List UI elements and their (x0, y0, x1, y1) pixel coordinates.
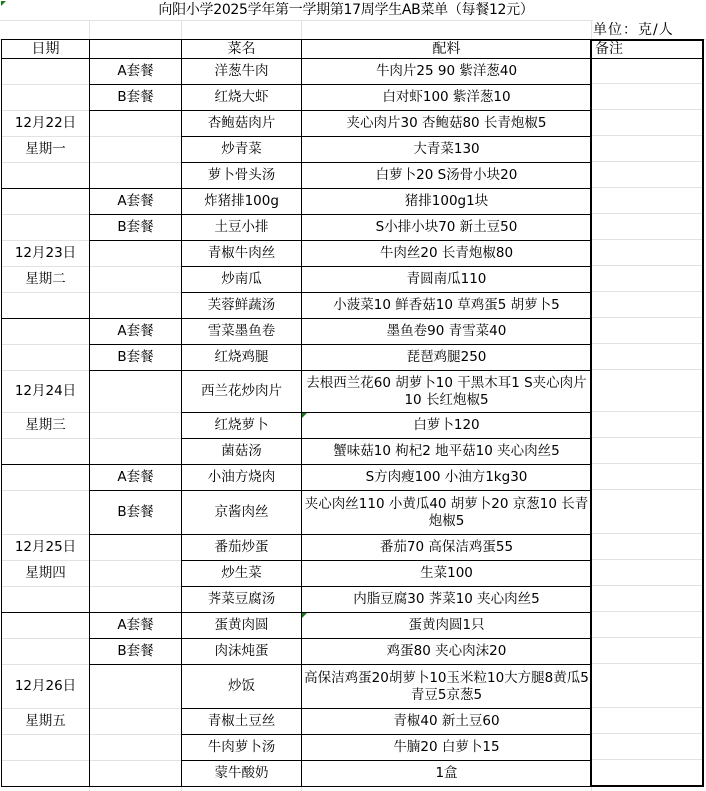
ingredients-cell: 白对虾100 紫洋葱10 (301, 84, 592, 111)
dish-cell: 青椒土豆丝 (181, 708, 302, 735)
gridline (2, 586, 89, 587)
remark-column (590, 39, 704, 787)
dish-cell: 红烧萝卜 (181, 412, 302, 439)
ingredients-cell: 蛋黄肉圆1只 (301, 612, 592, 639)
menu-title: 向阳小学2025学年第一学期第17周学生AB菜单（每餐12元） (0, 0, 706, 20)
gridline (2, 84, 89, 85)
gridline (2, 438, 89, 439)
gridline (2, 266, 89, 267)
gridline (2, 534, 89, 535)
gridline (90, 734, 181, 735)
dish-cell-text: 炒南瓜 (221, 271, 262, 288)
gridline (90, 136, 181, 137)
dish-cell: 荠菜豆腐汤 (181, 586, 302, 613)
gridline (2, 664, 89, 665)
gridline (2, 110, 89, 111)
ingredients-cell: 小菠菜10 鲜香菇10 草鸡蛋5 胡萝卜5 (301, 292, 592, 319)
dish-cell-text: 芙蓉鲜蔬汤 (208, 297, 276, 314)
gridline (90, 760, 181, 761)
package-cell-text: B套餐 (117, 349, 153, 366)
dish-cell-text: 京酱肉丝 (215, 504, 269, 521)
gridline (592, 109, 702, 110)
ingredients-cell: 琵琶鸡腿250 (301, 344, 592, 371)
gridline (2, 760, 89, 761)
gridline (592, 733, 702, 734)
ingredients-cell-text: 青圆南瓜110 (407, 271, 487, 288)
weekday-text: 星期二 (2, 271, 89, 288)
ingredients-cell-text: 墨鱼卷90 青雪菜40 (387, 323, 507, 340)
gridline (592, 343, 702, 344)
ingredients-cell: S小排小块70 新土豆50 (301, 214, 592, 241)
header-ingredients-text: 配料 (433, 41, 461, 58)
dish-cell: 土豆小排 (181, 214, 302, 241)
package-cell-text: B套餐 (117, 219, 153, 236)
dish-cell-text: 牛肉萝卜汤 (208, 739, 276, 756)
date-text: 12月26日 (2, 678, 89, 695)
dish-cell: 杏鲍菇肉片 (181, 110, 302, 137)
header-date-text: 日期 (32, 41, 60, 58)
gridline (592, 369, 702, 370)
gridline (90, 292, 181, 293)
ingredients-cell: 1盒 (301, 760, 592, 787)
dish-cell-text: 青椒牛肉丝 (208, 245, 276, 262)
dish-cell: 肉沫炖蛋 (181, 638, 302, 665)
date-text: 12月25日 (2, 539, 89, 556)
dish-cell: 炒南瓜 (181, 266, 302, 293)
gridline (2, 162, 89, 163)
ingredients-cell-text: 小菠菜10 鲜香菇10 草鸡蛋5 胡萝卜5 (333, 297, 559, 314)
gridline (2, 344, 89, 345)
package-cell: A套餐 (89, 318, 182, 345)
dish-cell-text: 洋葱牛肉 (215, 63, 269, 80)
dish-cell-text: 红烧大虾 (215, 89, 269, 106)
ingredients-cell-text: 生菜100 (420, 565, 473, 582)
gridline (592, 663, 702, 664)
gridline (592, 83, 702, 84)
gridline (592, 437, 702, 438)
ingredients-cell-text: 牛肉丝20 长青炮椒80 (380, 245, 513, 262)
package-cell: B套餐 (89, 84, 182, 111)
package-cell-empty (89, 534, 182, 613)
gridline (592, 611, 702, 612)
gridline (592, 585, 702, 586)
date-cell: 12月23日星期二 (1, 188, 90, 319)
weekday-text: 星期四 (2, 565, 89, 582)
gridline (592, 489, 702, 490)
gridline (592, 463, 702, 464)
package-cell-text: A套餐 (117, 193, 153, 210)
date-cell: 12月22日星期一 (1, 58, 90, 189)
gridline (592, 411, 702, 412)
header-dish: 菜名 (181, 39, 302, 59)
dish-cell-text: 蛋黄肉圆 (215, 617, 269, 634)
dish-cell: 青椒牛肉丝 (181, 240, 302, 267)
ingredients-cell: 蟹味菇10 枸杞2 地平菇10 夹心肉丝5 (301, 438, 592, 465)
date-text: 12月24日 (2, 383, 89, 400)
gridline (2, 734, 89, 735)
cell-comment-marker-icon (1, 1, 6, 6)
ingredients-cell-text: 牛肉片25 90 紫洋葱40 (376, 63, 517, 80)
date-text: 12月23日 (2, 245, 89, 262)
ingredients-cell-text: 1盒 (435, 765, 457, 782)
weekday-text: 星期三 (2, 417, 89, 434)
header-remark: 备注 (590, 39, 704, 59)
package-cell-empty (89, 370, 182, 465)
cell-comment-marker-icon (302, 613, 307, 618)
ingredients-cell: 去根西兰花60 胡萝卜10 干黑木耳1 S夹心肉片10 长红炮椒5 (301, 370, 592, 413)
package-cell: A套餐 (89, 188, 182, 215)
ingredients-cell: 生菜100 (301, 560, 592, 587)
gridline (90, 438, 181, 439)
dish-cell: 洋葱牛肉 (181, 58, 302, 85)
dish-cell-text: 蒙牛酸奶 (215, 765, 269, 782)
gridline (2, 490, 89, 491)
ingredients-cell-text: S方肉瘦100 小油方1kg30 (366, 469, 528, 486)
ingredients-cell: 番茄70 高保洁鸡蛋55 (301, 534, 592, 561)
gridline (90, 708, 181, 709)
gridline (592, 135, 702, 136)
dish-cell-text: 西兰花炒肉片 (201, 383, 282, 400)
header-ingredients: 配料 (301, 39, 592, 59)
package-cell: A套餐 (89, 464, 182, 491)
gridline (90, 266, 181, 267)
ingredients-cell-text: 鸡蛋80 夹心肉沫20 (387, 643, 507, 660)
gridline (592, 291, 702, 292)
dish-cell-text: 土豆小排 (215, 219, 269, 236)
ingredients-cell-text: 夹心肉丝110 小黄瓜40 胡萝卜20 京葱10 长青炮椒5 (302, 496, 591, 530)
dish-cell-text: 红烧鸡腿 (215, 349, 269, 366)
unit-label: 单位：克/人 (593, 20, 706, 39)
gridline (2, 240, 89, 241)
ingredients-cell-text: 内脂豆腐30 荠菜10 夹心肉丝5 (353, 591, 540, 608)
gridline (592, 559, 702, 560)
dish-cell: 牛肉萝卜汤 (181, 734, 302, 761)
gridline (90, 586, 181, 587)
ingredients-cell: 牛肉片25 90 紫洋葱40 (301, 58, 592, 85)
ingredients-cell: 大青菜130 (301, 136, 592, 163)
gridline (2, 370, 89, 371)
gridline (2, 708, 89, 709)
ingredients-cell: 青圆南瓜110 (301, 266, 592, 293)
ingredients-cell-text: 牛腩20 白萝卜15 (393, 739, 499, 756)
ingredients-cell: 猪排100g1块 (301, 188, 592, 215)
dish-cell: 西兰花炒肉片 (181, 370, 302, 413)
gridline (592, 161, 702, 162)
gridline (2, 214, 89, 215)
dish-cell-text: 小油方烧肉 (208, 469, 276, 486)
cell-comment-marker-icon (302, 413, 307, 418)
date-cell: 12月25日星期四 (1, 464, 90, 613)
ingredients-cell: 白萝卜20 S汤骨小块20 (301, 162, 592, 189)
dish-cell-text: 红烧萝卜 (215, 417, 269, 434)
gridline (592, 533, 702, 534)
dish-cell: 炒青菜 (181, 136, 302, 163)
ingredients-cell-text: 高保洁鸡蛋20胡萝卜10玉米粒10大方腿8黄瓜5青豆5京葱5 (302, 670, 591, 704)
ingredients-cell: 夹心肉丝110 小黄瓜40 胡萝卜20 京葱10 长青炮椒5 (301, 490, 592, 535)
package-cell-text: A套餐 (117, 323, 153, 340)
dish-cell-text: 荠菜豆腐汤 (208, 591, 276, 608)
gridline (2, 136, 89, 137)
package-cell-text: B套餐 (117, 89, 153, 106)
ingredients-cell: 青椒40 新土豆60 (301, 708, 592, 735)
gridline (592, 317, 702, 318)
dish-cell: 炒生菜 (181, 560, 302, 587)
gridline (2, 560, 89, 561)
ingredients-cell: 墨鱼卷90 青雪菜40 (301, 318, 592, 345)
menu-title-text: 向阳小学2025学年第一学期第17周学生AB菜单（每餐12元） (158, 2, 533, 18)
ingredients-cell-text: 蛋黄肉圆1只 (408, 617, 484, 634)
ingredients-cell-text: 白萝卜20 S汤骨小块20 (376, 167, 518, 184)
ingredients-cell-text: 白萝卜120 (413, 417, 479, 434)
gridline (90, 162, 181, 163)
package-cell-text: B套餐 (117, 504, 153, 521)
gridline (592, 239, 702, 240)
ingredients-cell: 白萝卜120 (301, 412, 592, 439)
date-cell: 12月24日星期三 (1, 318, 90, 465)
package-cell-empty (89, 240, 182, 319)
date-cell: 12月26日星期五 (1, 612, 90, 787)
ingredients-cell-text: S小排小块70 新土豆50 (376, 219, 518, 236)
dish-cell: 红烧鸡腿 (181, 344, 302, 371)
dish-cell-text: 雪菜墨鱼卷 (208, 323, 276, 340)
dish-cell: 红烧大虾 (181, 84, 302, 111)
package-cell-text: A套餐 (117, 469, 153, 486)
ingredients-cell-text: 琵琶鸡腿250 (407, 349, 487, 366)
gridline (592, 707, 702, 708)
header-date: 日期 (1, 39, 90, 59)
ingredients-cell-text: 蟹味菇10 枸杞2 地平菇10 夹心肉丝5 (333, 443, 559, 460)
dish-cell-text: 炒青菜 (221, 141, 262, 158)
package-cell: B套餐 (89, 214, 182, 241)
ingredients-cell: 内脂豆腐30 荠菜10 夹心肉丝5 (301, 586, 592, 613)
ingredients-cell-text: 番茄70 高保洁鸡蛋55 (380, 539, 513, 556)
ingredients-cell-text: 青椒40 新土豆60 (393, 713, 499, 730)
dish-cell: 炸猪排100g (181, 188, 302, 215)
ingredients-cell: 高保洁鸡蛋20胡萝卜10玉米粒10大方腿8黄瓜5青豆5京葱5 (301, 664, 592, 709)
package-cell: B套餐 (89, 490, 182, 535)
dish-cell-text: 炸猪排100g (204, 193, 279, 210)
package-cell-text: B套餐 (117, 643, 153, 660)
gridline (2, 638, 89, 639)
header-dish-text: 菜名 (228, 41, 256, 58)
gridline (592, 637, 702, 638)
gridline (592, 187, 702, 188)
weekday-text: 星期一 (2, 141, 89, 158)
package-cell: A套餐 (89, 612, 182, 639)
package-cell-text: A套餐 (117, 617, 153, 634)
dish-cell-text: 炒饭 (228, 678, 255, 695)
dish-cell-text: 炒生菜 (221, 565, 262, 582)
ingredients-cell-text: 夹心肉片30 杏鲍菇80 长青炮椒5 (346, 115, 546, 132)
gridline (592, 265, 702, 266)
package-cell-empty (89, 110, 182, 189)
package-cell: B套餐 (89, 638, 182, 665)
ingredients-cell: 牛肉丝20 长青炮椒80 (301, 240, 592, 267)
dish-cell: 小油方烧肉 (181, 464, 302, 491)
dish-cell: 蛋黄肉圆 (181, 612, 302, 639)
package-cell-text: A套餐 (117, 63, 153, 80)
dish-cell: 萝卜骨头汤 (181, 162, 302, 189)
ingredients-cell-text: 白对虾100 紫洋葱10 (382, 89, 510, 106)
header-package (89, 39, 182, 59)
ingredients-cell: 夹心肉片30 杏鲍菇80 长青炮椒5 (301, 110, 592, 137)
dish-cell-text: 菌菇汤 (221, 443, 262, 460)
dish-cell-text: 肉沫炖蛋 (215, 643, 269, 660)
dish-cell: 京酱肉丝 (181, 490, 302, 535)
gridline (592, 759, 702, 760)
dish-cell-text: 青椒土豆丝 (208, 713, 276, 730)
dish-cell: 番茄炒蛋 (181, 534, 302, 561)
gridline (2, 292, 89, 293)
ingredients-cell: 牛腩20 白萝卜15 (301, 734, 592, 761)
package-cell-empty (89, 664, 182, 787)
dish-cell-text: 萝卜骨头汤 (208, 167, 276, 184)
ingredients-cell-text: 去根西兰花60 胡萝卜10 干黑木耳1 S夹心肉片10 长红炮椒5 (302, 375, 591, 409)
ingredients-cell-text: 大青菜130 (413, 141, 479, 158)
gridline (592, 213, 702, 214)
dish-cell-text: 番茄炒蛋 (215, 539, 269, 556)
package-cell: B套餐 (89, 344, 182, 371)
package-cell: A套餐 (89, 58, 182, 85)
date-text: 12月22日 (2, 115, 89, 132)
dish-cell: 蒙牛酸奶 (181, 760, 302, 787)
dish-cell: 芙蓉鲜蔬汤 (181, 292, 302, 319)
dish-cell: 菌菇汤 (181, 438, 302, 465)
gridline (90, 412, 181, 413)
dish-cell: 雪菜墨鱼卷 (181, 318, 302, 345)
dish-cell: 炒饭 (181, 664, 302, 709)
weekday-text: 星期五 (2, 713, 89, 730)
dish-cell-text: 杏鲍菇肉片 (208, 115, 276, 132)
ingredients-cell-text: 猪排100g1块 (405, 193, 488, 210)
ingredients-cell: S方肉瘦100 小油方1kg30 (301, 464, 592, 491)
ingredients-cell: 鸡蛋80 夹心肉沫20 (301, 638, 592, 665)
gridline (90, 560, 181, 561)
gridline (2, 412, 89, 413)
